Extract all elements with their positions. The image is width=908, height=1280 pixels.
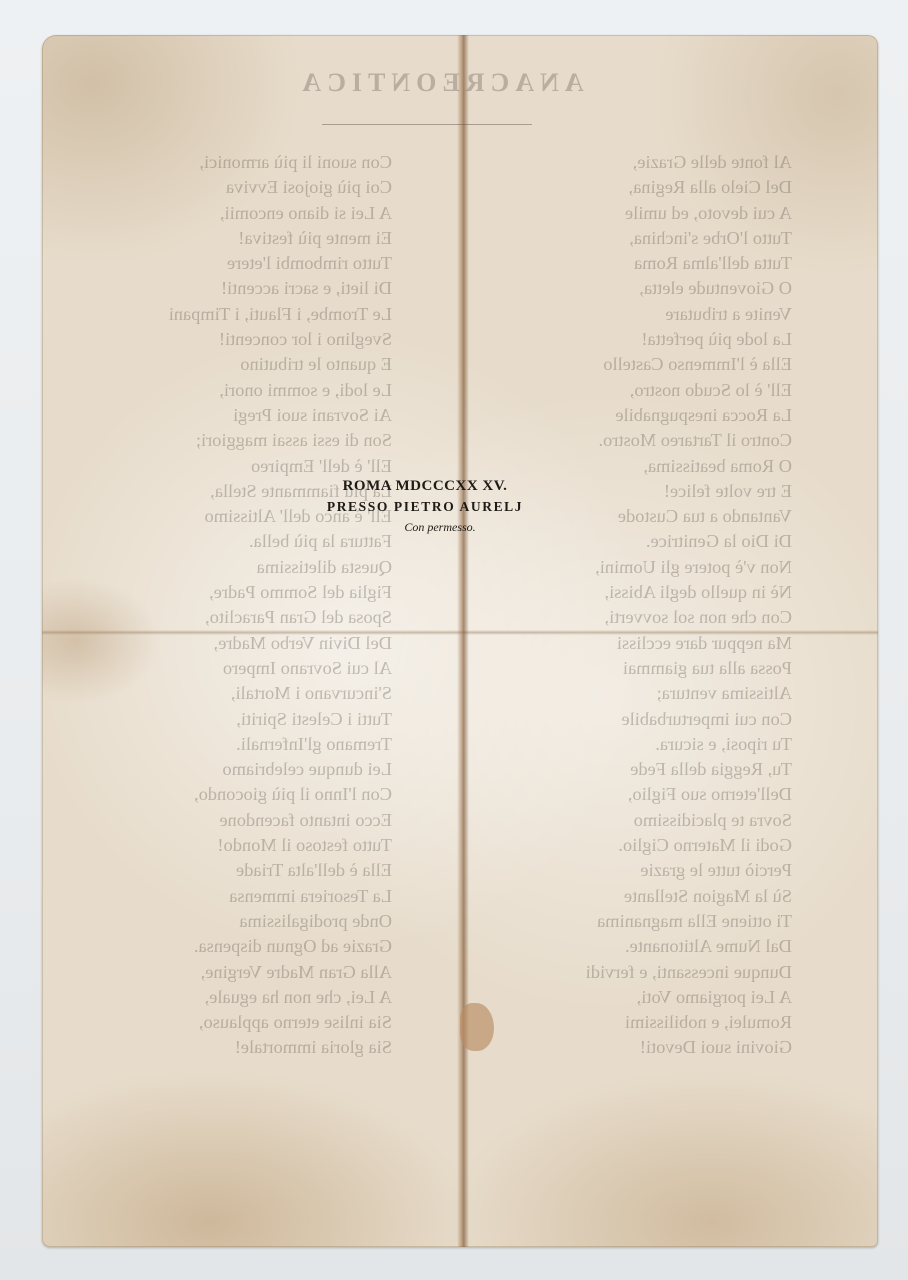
bleed-through-line: Sù la Magion Stellante — [462, 884, 792, 909]
imprint-place-date: ROMA MDCCCXX XV. — [300, 476, 550, 496]
bleed-through-line: Godi il Materno Ciglio. — [462, 833, 792, 858]
bleed-through-line: Grazie ad Ognun dispensa. — [62, 934, 392, 959]
bleed-through-line: Nè in quello degli Abissi, — [462, 580, 792, 605]
bleed-through-line: A Lei porgiamo Voti, — [462, 985, 792, 1010]
bleed-through-line: A cui devoto, ed umile — [462, 201, 792, 226]
bleed-through-line: Sovra te placidissimo — [462, 808, 792, 833]
bleed-through-line: La Tesoriera immensa — [62, 884, 392, 909]
bleed-through-line: Romulei, e nobilissimi — [462, 1010, 792, 1035]
bleed-through-line: Al fonte delle Grazie, — [462, 150, 792, 175]
bleed-through-line: Tutti i Celesti Spiriti, — [62, 707, 392, 732]
bleed-through-rule — [322, 124, 532, 125]
bleed-through-line: Tutto l'Orbe s'inchina, — [462, 226, 792, 251]
bleed-through-line: Con cui imperturbabile — [462, 707, 792, 732]
imprint-printer: PRESSO PIETRO AURELJ — [300, 496, 550, 518]
bleed-through-line: Con l'Inno il più giocondo, — [62, 782, 392, 807]
bleed-through-line: Con che non sol sovverti, — [462, 605, 792, 630]
bleed-through-line: Dunque incessanti, e fervidi — [462, 960, 792, 985]
bleed-through-line: Sveglino i lor concenti! — [62, 327, 392, 352]
bleed-through-line: Lei dunque celebriamo — [62, 757, 392, 782]
bleed-through-line: Sia inlise eterno applauso, — [62, 1010, 392, 1035]
bleed-through-left-column: Con suoni li più armonici,Coi più giojos… — [62, 150, 392, 1061]
bleed-through-line: Tutto rimbombi l'etere — [62, 251, 392, 276]
bleed-through-line: Sia gloria immortale! — [62, 1035, 392, 1060]
bleed-through-line: Tutta dell'alma Roma — [462, 251, 792, 276]
bleed-through-line: A Lei si diano encomii, — [62, 201, 392, 226]
bleed-through-line: Altissima ventura; — [462, 681, 792, 706]
bleed-through-line: Questa diletissima — [62, 555, 392, 580]
bleed-through-line: Ella è l'Immenso Castello — [462, 352, 792, 377]
bleed-through-line: Di lieti, e sacri accenti! — [62, 276, 392, 301]
bleed-through-line: Del Divin Verbo Madre, — [62, 631, 392, 656]
bleed-through-line: Ai Sovrani suoi Pregi — [62, 403, 392, 428]
bleed-through-line: Del Cielo alla Regina, — [462, 175, 792, 200]
bleed-through-line: La Rocca inespugnabile — [462, 403, 792, 428]
bleed-through-line: Ma neppur dare ecclissi — [462, 631, 792, 656]
bleed-through-line: Coi più giojosi Evviva — [62, 175, 392, 200]
bleed-through-line: Possa alla tua giammai — [462, 656, 792, 681]
bleed-through-line: Dell'eterno suo Figlio, — [462, 782, 792, 807]
bleed-through-line: Non v'è potere gli Uomini, — [462, 555, 792, 580]
bleed-through-line: Alla Gran Madre Vergine, — [62, 960, 392, 985]
bleed-through-line: Tu, Reggia della Fede — [462, 757, 792, 782]
bleed-through-line: Son di essi assai maggiori; — [62, 428, 392, 453]
bleed-through-line: Onde prodigalissima — [62, 909, 392, 934]
bleed-through-title: ANACREONTICA — [250, 68, 630, 98]
bleed-through-line: O Gioventude eletta, — [462, 276, 792, 301]
bleed-through-line: Al cui Sovrano Impero — [62, 656, 392, 681]
imprint-permission: Con permesso. — [300, 518, 550, 536]
bleed-through-line: Ella è dell'alta Triade — [62, 858, 392, 883]
bleed-through-line: La lode più perfetta! — [462, 327, 792, 352]
printer-imprint: ROMA MDCCCXX XV. PRESSO PIETRO AURELJ Co… — [300, 476, 550, 536]
bleed-through-line: Con suoni li più armonici, — [62, 150, 392, 175]
bleed-through-line: Tutto festoso il Mondo! — [62, 833, 392, 858]
bleed-through-line: Ti ottiene Ella magnanima — [462, 909, 792, 934]
bleed-through-line: Venite a tributare — [462, 302, 792, 327]
bleed-through-line: E quanto le tributino — [62, 352, 392, 377]
bleed-through-line: Ei mente più festiva! — [62, 226, 392, 251]
bleed-through-line: A Lei, che non ha eguale, — [62, 985, 392, 1010]
bleed-through-line: Le lodi, e sommi onori, — [62, 378, 392, 403]
bleed-through-line: Tremano gl'Infernali. — [62, 732, 392, 757]
bleed-through-line: Dal Nume Altitonante. — [462, 934, 792, 959]
bleed-through-line: Ecco intanto facendone — [62, 808, 392, 833]
bleed-through-line: Sposa del Gran Paraclito, — [62, 605, 392, 630]
bleed-through-line: Ell' è lo Scudo nostro, — [462, 378, 792, 403]
bleed-through-line: Giovini suoi Devoti! — [462, 1035, 792, 1060]
bleed-through-right-column: Al fonte delle Grazie,Del Cielo alla Reg… — [462, 150, 792, 1061]
bleed-through-line: Tu riposi, e sicura. — [462, 732, 792, 757]
bleed-through-line: S'incurvano i Mortali, — [62, 681, 392, 706]
bleed-through-line: Perciò tutte le grazie — [462, 858, 792, 883]
bleed-through-line: Contro il Tartareo Mostro. — [462, 428, 792, 453]
bleed-through-line: Le Trombe, i Flauti, i Timpani — [62, 302, 392, 327]
bleed-through-line: Figlia del Sommo Padre, — [62, 580, 392, 605]
